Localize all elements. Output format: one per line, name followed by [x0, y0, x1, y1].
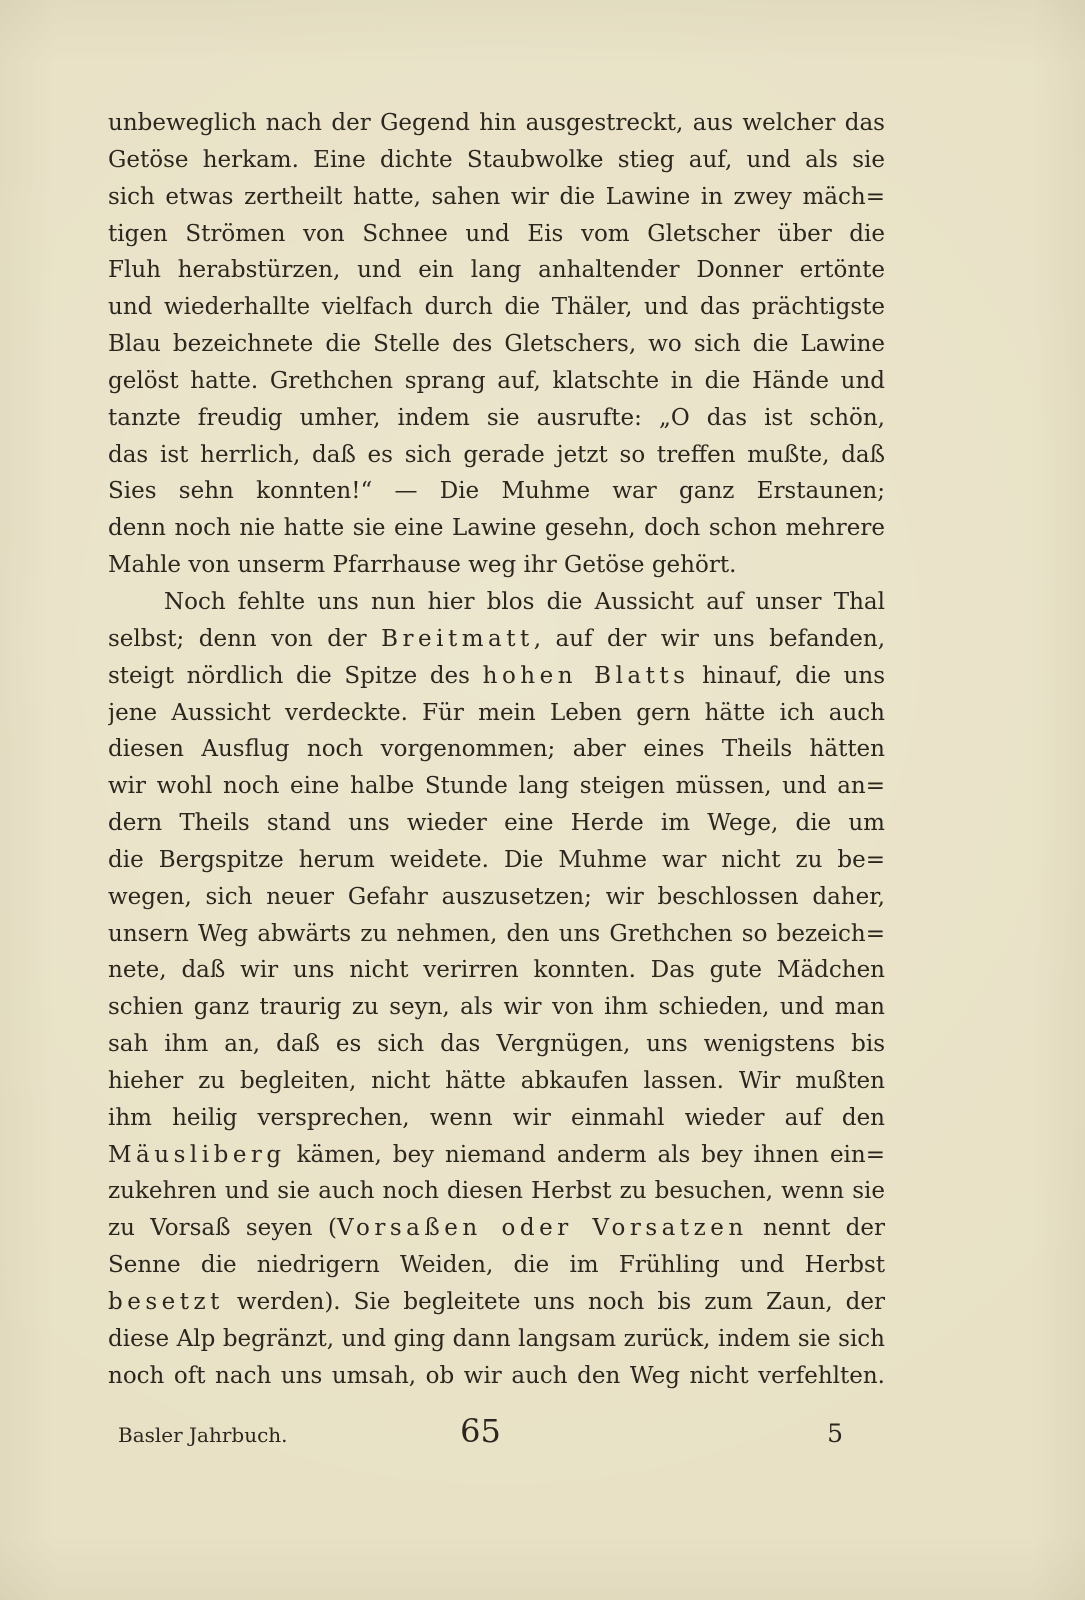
text-line: Getöse herkam. Eine dichte Staubwolke st…	[108, 142, 885, 179]
text-line: sah ihm an, daß es sich das Vergnügen, u…	[108, 1026, 885, 1063]
text-line: nete, daß wir uns nicht verirren konnten…	[108, 952, 885, 989]
text-line: zukehren und sie auch noch diesen Herbst…	[108, 1173, 885, 1210]
text-line: jene Aussicht verdeckte. Für mein Leben …	[108, 695, 885, 732]
text-line: schien ganz traurig zu seyn, als wir von…	[108, 989, 885, 1026]
text-line: sich etwas zertheilt hatte, sahen wir di…	[108, 179, 885, 216]
text-line: Mäusliberg kämen, bey niemand anderm als…	[108, 1137, 885, 1174]
text-line: Noch fehlte uns nun hier blos die Aussic…	[108, 584, 885, 621]
text-line: unbeweglich nach der Gegend hin ausgestr…	[108, 105, 885, 142]
letterspaced-text: Breitmatt	[381, 626, 534, 652]
text-line: steigt nördlich die Spitze des hohen Bla…	[108, 658, 885, 695]
text-line: das ist herrlich, daß es sich gerade jet…	[108, 437, 885, 474]
running-title: Basler Jahrbuch.	[108, 1423, 360, 1447]
text-line: Mahle von unserm Pfarrhause weg ihr Getö…	[108, 547, 885, 584]
text-line: ihm heilig versprechen, wenn wir einmahl…	[108, 1100, 885, 1137]
text-line: und wiederhallte vielfach durch die Thäl…	[108, 289, 885, 326]
text-line: zu Vorsaß seyen (Vorsaßen oder Vorsatzen…	[108, 1210, 885, 1247]
scanned-book-page: { "page": { "paper_color": "#e8e1c5", "i…	[0, 0, 1085, 1600]
text-line: Blau bezeichnete die Stelle des Gletsche…	[108, 326, 885, 363]
letterspaced-text: Mäusliberg	[108, 1142, 286, 1168]
text-line: die Bergspitze herum weidete. Die Muhme …	[108, 842, 885, 879]
text-line: tigen Strömen von Schnee und Eis vom Gle…	[108, 216, 885, 253]
letterspaced-text: besetzt	[108, 1289, 224, 1315]
text-line: diese Alp begränzt, und ging dann langsa…	[108, 1321, 885, 1358]
text-line: Senne die niedrigern Weiden, die im Früh…	[108, 1247, 885, 1284]
page-footer: Basler Jahrbuch. 65 5	[108, 1412, 885, 1450]
page-number: 65	[360, 1412, 602, 1450]
text-line: denn noch nie hatte sie eine Lawine gese…	[108, 510, 885, 547]
text-line: hieher zu begleiten, nicht hätte abkaufe…	[108, 1063, 885, 1100]
paragraph-2: Noch fehlte uns nun hier blos die Aussic…	[108, 584, 885, 1395]
text-line: dern Theils stand uns wieder eine Herde …	[108, 805, 885, 842]
text-line: selbst; denn von der Breitmatt, auf der …	[108, 621, 885, 658]
text-line: tanzte freudig umher, indem sie ausrufte…	[108, 400, 885, 437]
text-line: unsern Weg abwärts zu nehmen, den uns Gr…	[108, 916, 885, 953]
text-line: besetzt werden). Sie begleitete uns noch…	[108, 1284, 885, 1321]
text-line: Fluh herabstürzen, und ein lang anhalten…	[108, 252, 885, 289]
paragraph-1: unbeweglich nach der Gegend hin ausgestr…	[108, 105, 885, 584]
text-block: unbeweglich nach der Gegend hin ausgestr…	[108, 105, 885, 1395]
text-line: gelöst hatte. Grethchen sprang auf, klat…	[108, 363, 885, 400]
letterspaced-text: Vorsaßen oder Vorsatzen	[337, 1215, 748, 1241]
text-line: Sies sehn konnten!“ — Die Muhme war ganz…	[108, 473, 885, 510]
text-line: noch oft nach uns umsah, ob wir auch den…	[108, 1358, 885, 1395]
text-line: wegen, sich neuer Gefahr auszusetzen; wi…	[108, 879, 885, 916]
signature-mark: 5	[601, 1419, 885, 1448]
text-line: diesen Ausflug noch vorgenommen; aber ei…	[108, 731, 885, 768]
letterspaced-text: hohen Blatts	[483, 663, 690, 689]
text-line: wir wohl noch eine halbe Stunde lang ste…	[108, 768, 885, 805]
